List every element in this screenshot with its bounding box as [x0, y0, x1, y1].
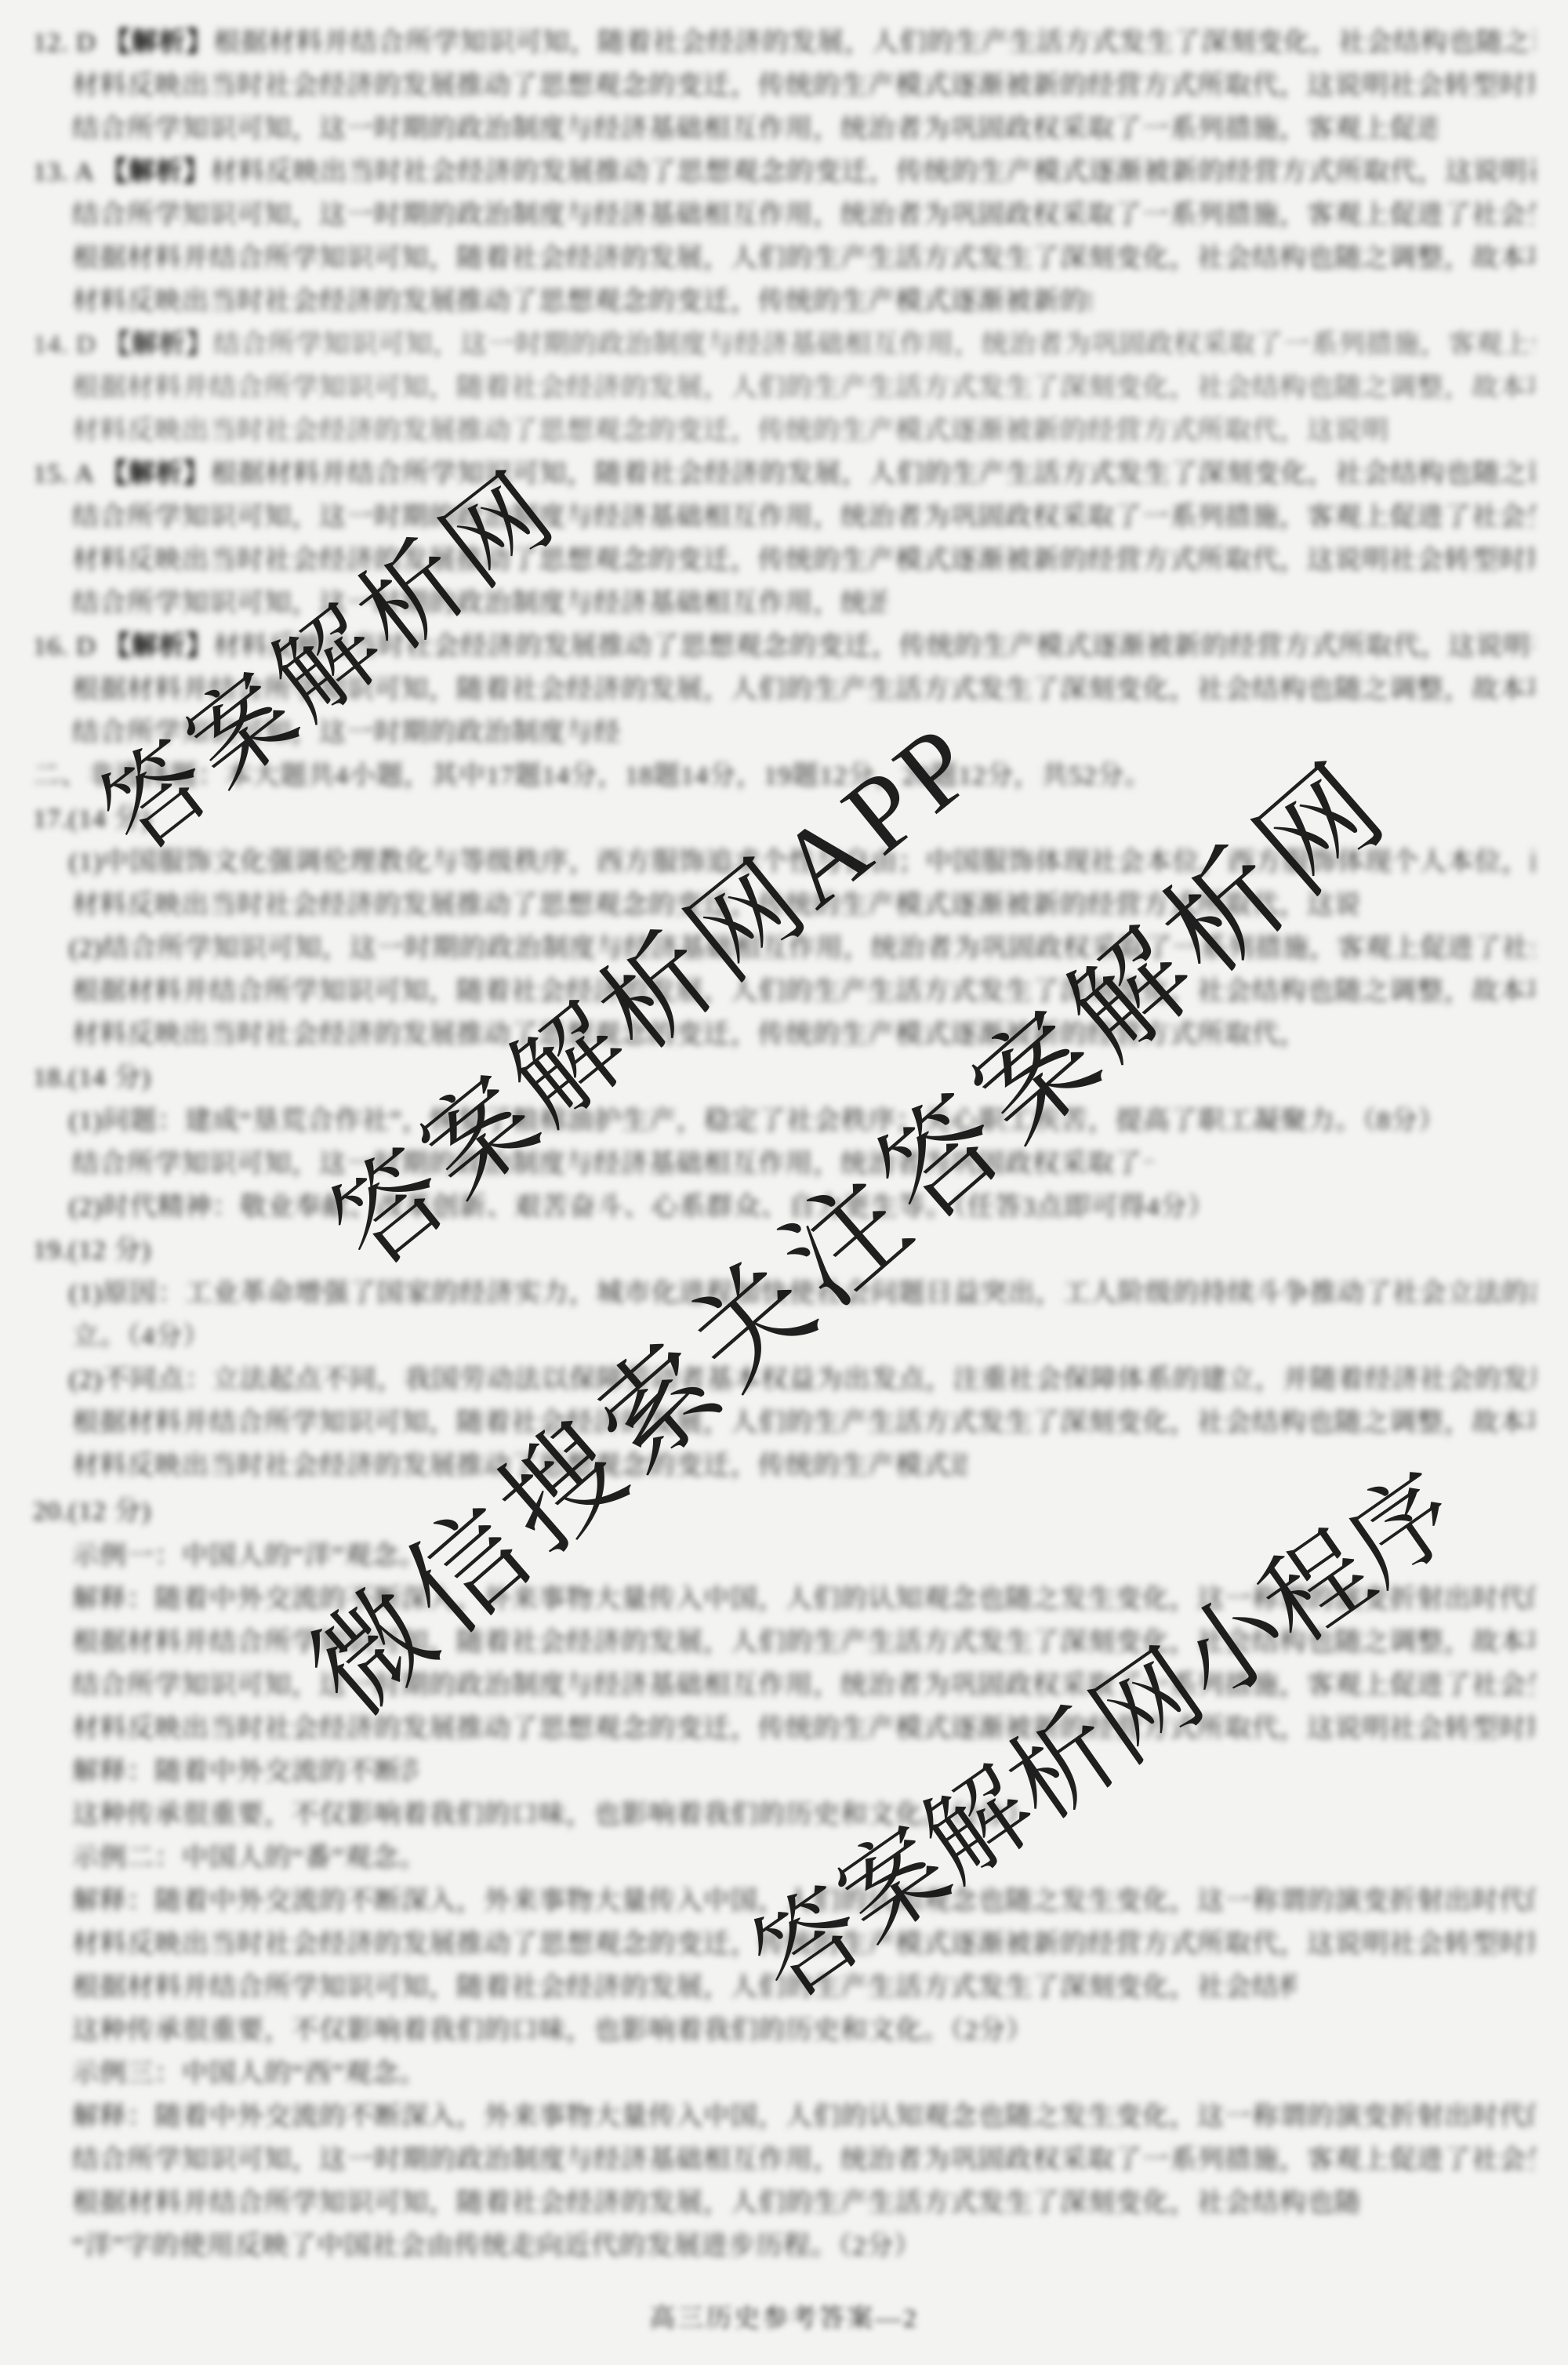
analysis-marker: 【解析】	[103, 28, 213, 57]
text-line: 根据材料并结合所学知识可知，随着社会经济的发展，人们的生产生活方式发生了深刻变化…	[72, 242, 1535, 276]
text-line: 根据材料并结合所学知识可知，随着社会经济的发展，人们的生产生活方式发生了深刻变化…	[72, 2186, 1358, 2221]
text-line: 材料反映出当时社会经济的发展推动了思想观念的变迁，传统的生产模式逐渐被新的经营方…	[72, 543, 1535, 578]
text-line: 13. A 【解析】材料反映出当时社会经济的发展推动了思想观念的变迁，传统的生产…	[33, 155, 1535, 190]
text-line: 20.(12 分)	[33, 1495, 237, 1529]
line-prefix: 18.(14 分)	[33, 1063, 151, 1092]
text-line: 材料反映出当时社会经济的发展推动了思想观念的变迁，传统的生产模式逐渐被新的经营方…	[72, 414, 1389, 449]
text-line: 根据材料并结合所学知识可知，随着社会经济的发展，人们的生产生活方式发生了深刻变化…	[72, 1971, 1295, 2005]
line-prefix: (2)	[69, 1193, 103, 1222]
line-prefix: 14. D	[33, 330, 103, 359]
text-line: 15. A 【解析】根据材料并结合所学知识可知，随着社会经济的发展，人们的生产生…	[33, 457, 1535, 492]
text-line: 解释：随着中外交流的不断深入，外来事物大量传入中国，人们的认知观念也随之发生变化…	[72, 1755, 417, 1789]
line-prefix: (1)	[69, 1106, 103, 1135]
text-line: 材料反映出当时社会经济的发展推动了思想观念的变迁，传统的生产模式逐渐被新的经营方…	[72, 1712, 1535, 1746]
analysis-marker: 【解析】	[103, 330, 213, 359]
line-prefix: (1)	[69, 1279, 103, 1308]
text-line: 根据材料并结合所学知识可知，随着社会经济的发展，人们的生产生活方式发生了深刻变化…	[72, 371, 1535, 405]
analysis-marker: 【解析】	[100, 158, 210, 187]
text-line: 结合所学知识可知，这一时期的政治制度与经济基础相互作用，统治者为巩固政权采取了一…	[72, 1669, 1535, 1703]
line-prefix: (1)	[69, 848, 103, 877]
page-footer: 高三历史参考答案—2	[0, 2298, 1568, 2334]
analysis-marker: 【解析】	[100, 460, 210, 489]
line-prefix: 12. D	[33, 28, 103, 57]
line-prefix: 19.(12 分)	[33, 1236, 151, 1265]
line-prefix: 13. A	[33, 158, 100, 187]
text-line: 18.(14 分)	[33, 1061, 237, 1095]
line-prefix: (2)	[69, 934, 103, 963]
text-line: 根据材料并结合所学知识可知，随着社会经济的发展，人们的生产生活方式发生了深刻变化…	[72, 975, 1535, 1009]
document-page: 12. D 【解析】根据材料并结合所学知识可知，随着社会经济的发展，人们的生产生…	[0, 0, 1568, 2365]
line-prefix: 16. D	[33, 632, 103, 661]
text-line: 19.(12 分)	[33, 1233, 237, 1268]
text-line: 结合所学知识可知，这一时期的政治制度与经济基础相互作用，统治者为巩固政权采取了一…	[72, 500, 1535, 535]
text-line: 14. D 【解析】结合所学知识可知，这一时期的政治制度与经济基础相互作用，统治…	[33, 328, 1535, 362]
text-line: 结合所学知识可知，这一时期的政治制度与经济基础相互作用，统治者为巩固政权采取了一…	[72, 198, 1535, 233]
text-line: “洋”字的使用反映了中国社会由传统走向近代的发展进步历程。（2分）	[72, 2229, 935, 2264]
text-line: 材料反映出当时社会经济的发展推动了思想观念的变迁，传统的生产模式逐渐被新的经营方…	[72, 69, 1535, 104]
text-line: 立。（4分）	[72, 1320, 331, 1354]
text-line: 结合所学知识可知，这一时期的政治制度与经济基础相互作用，统治者为巩固政权采取了一…	[72, 2143, 1535, 2178]
analysis-marker: 【解析】	[103, 632, 213, 661]
line-prefix: (2)	[69, 1365, 103, 1394]
text-line: 这种传承很重要，不仅影响着我们的口味，也影响着我们的历史和文化。（2分）	[72, 2014, 1107, 2048]
line-prefix: 15. A	[33, 460, 100, 489]
text-line: 示例二：中国人的“番”观念。	[72, 1841, 448, 1876]
text-line: 材料反映出当时社会经济的发展推动了思想观念的变迁，传统的生产模式逐渐被新的经营方…	[72, 285, 1091, 319]
text-line: (1)问题：建成“垦荒合作社”，恢复了粮棉油护生产，稳定了社会秩序；关心职工疾苦…	[69, 1104, 1535, 1139]
text-line: 12. D 【解析】根据材料并结合所学知识可知，随着社会经济的发展，人们的生产生…	[33, 26, 1535, 60]
text-line: 结合所学知识可知，这一时期的政治制度与经济基础相互作用，统治者为巩固政权采取了一…	[72, 112, 1436, 147]
text-line: 示例三：中国人的“西”观念。	[72, 2057, 448, 2091]
text-line: 根据材料并结合所学知识可知，随着社会经济的发展，人们的生产生活方式发生了深刻变化…	[72, 1406, 1535, 1440]
text-line: 解释：随着中外交流的不断深入，外来事物大量传入中国，人们的认知观念也随之发生变化…	[72, 2100, 1535, 2134]
line-prefix: 20.(12 分)	[33, 1497, 151, 1526]
